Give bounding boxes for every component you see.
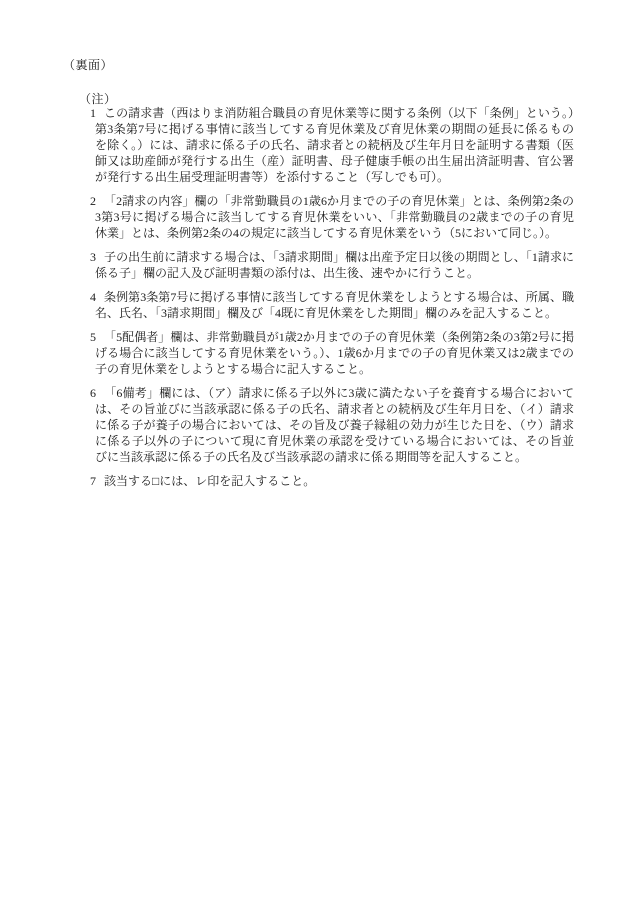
note-number: 7	[90, 474, 96, 488]
note-text: 「2請求の内容」欄の「非常勤職員の1歳6か月までの子の育児休業」とは、条例第2条…	[95, 194, 574, 240]
notes-list: 1この請求書（西はりま消防組合職員の育児休業等に関する条例（以下「条例」という。…	[90, 105, 574, 497]
note-text: 該当する□には、レ印を記入すること。	[104, 474, 315, 488]
note-text: この請求書（西はりま消防組合職員の育児休業等に関する条例（以下「条例」という。）…	[95, 106, 574, 184]
note-item-1: 1この請求書（西はりま消防組合職員の育児休業等に関する条例（以下「条例」という。…	[90, 105, 574, 185]
document-back-page: （裏面） （注） 1この請求書（西はりま消防組合職員の育児休業等に関する条例（以…	[0, 0, 630, 903]
note-number: 3	[90, 250, 96, 264]
note-item-2: 2「2請求の内容」欄の「非常勤職員の1歳6か月までの子の育児休業」とは、条例第2…	[90, 193, 574, 241]
note-number: 6	[90, 386, 96, 400]
note-number: 4	[90, 290, 96, 304]
note-text: 「5配偶者」欄は、非常勤職員が1歳2か月までの子の育児休業（条例第2条の3第2号…	[95, 330, 574, 376]
note-item-4: 4条例第3条第7号に掲げる事情に該当してする育児休業をしようとする場合は、所属、…	[90, 289, 574, 321]
note-item-7: 7該当する□には、レ印を記入すること。	[90, 473, 574, 489]
note-text: 子の出生前に請求する場合は、「3請求期間」欄は出産予定日以後の期間とし、「1請求…	[95, 250, 574, 280]
note-item-3: 3子の出生前に請求する場合は、「3請求期間」欄は出産予定日以後の期間とし、「1請…	[90, 249, 574, 281]
note-text: 「6備考」欄には、（ア）請求に係る子以外に3歳に満たない子を養育する場合において…	[95, 386, 574, 464]
note-number: 5	[90, 330, 96, 344]
note-number: 1	[90, 106, 96, 120]
note-item-5: 5「5配偶者」欄は、非常勤職員が1歳2か月までの子の育児休業（条例第2条の3第2…	[90, 329, 574, 377]
back-side-label: （裏面）	[63, 57, 113, 73]
note-item-6: 6「6備考」欄には、（ア）請求に係る子以外に3歳に満たない子を養育する場合におい…	[90, 385, 574, 465]
note-text: 条例第3条第7号に掲げる事情に該当してする育児休業をしようとする場合は、所属、職…	[95, 290, 574, 320]
note-number: 2	[90, 194, 96, 208]
